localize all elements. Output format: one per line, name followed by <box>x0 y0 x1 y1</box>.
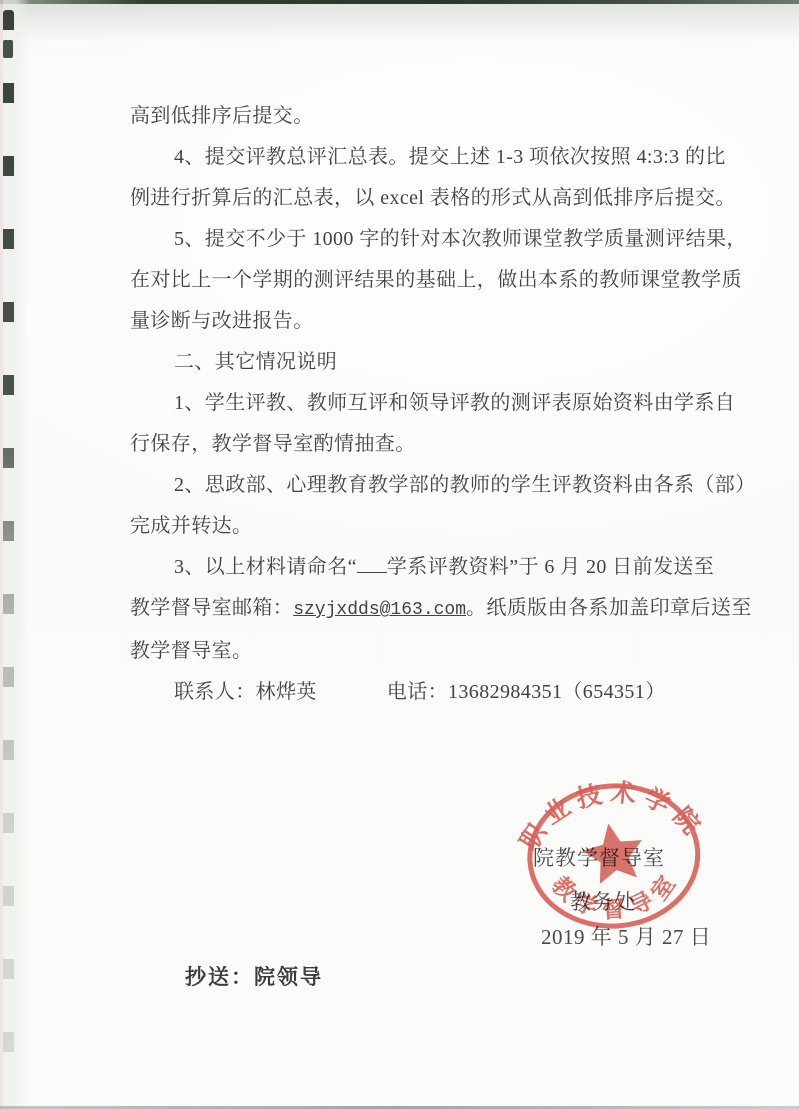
cc-line: 抄送：院领导 <box>185 961 323 991</box>
text-line: 在对比上一个学期的测评结果的基础上，做出本系的教师课堂教学质 <box>130 260 730 301</box>
text-line: 量诊断与改进报告。 <box>130 301 730 342</box>
text-segment: 3、以上材料请命名“ <box>174 556 357 578</box>
contact-person: 联系人：林烨英 <box>174 681 317 703</box>
scan-binding-marks <box>3 10 14 1103</box>
text-line: 例进行折算后的汇总表，以 excel 表格的形式从高到低排序后提交。 <box>130 178 730 219</box>
text-line: 2、思政部、心理教育教学部的教师的学生评教资料由各系（部） <box>130 465 730 506</box>
text-segment: 。纸质版由各系加盖印章后送至 <box>466 597 752 619</box>
text-line: 教学督导室邮箱：szyjxdds@163.com。纸质版由各系加盖印章后送至 <box>130 588 730 631</box>
section-heading: 二、其它情况说明 <box>130 342 730 383</box>
text-line: 行保存，教学督导室酌情抽查。 <box>130 424 730 465</box>
scan-binding-mark <box>3 40 13 58</box>
text-line: 5、提交不少于 1000 字的针对本次教师课堂教学质量测评结果， <box>130 219 730 260</box>
contact-line: 联系人：林烨英电话：13682984351（654351） <box>130 672 730 713</box>
text-line: 教学督导室。 <box>130 631 730 672</box>
text-line: 高到低排序后提交。 <box>130 96 730 137</box>
text-segment: 教学督导室邮箱： <box>130 597 293 619</box>
scanned-page: 高到低排序后提交。 4、提交评教总评汇总表。提交上述 1-3 项依次按照 4:3… <box>0 0 799 1109</box>
fill-in-blank <box>357 558 387 573</box>
seal-star-icon <box>578 818 648 886</box>
scan-shadow-top <box>0 4 799 42</box>
official-seal-graphic: 职业技术学院 教学督导室 <box>511 771 718 946</box>
text-line: 4、提交评教总评汇总表。提交上述 1-3 项依次按照 4:3:3 的比 <box>130 137 730 178</box>
contact-phone: 电话：13682984351（654351） <box>387 681 666 703</box>
text-segment: 学系评教资料”于 6 月 20 日前发送至 <box>387 556 714 578</box>
text-line: 完成并转达。 <box>130 506 730 547</box>
official-seal: 职业技术学院 教学督导室 <box>511 771 718 946</box>
document-body: 高到低排序后提交。 4、提交评教总评汇总表。提交上述 1-3 项依次按照 4:3… <box>130 96 730 713</box>
email-address: szyjxdds@163.com <box>293 600 466 620</box>
text-line: 3、以上材料请命名“学系评教资料”于 6 月 20 日前发送至 <box>130 547 730 588</box>
text-line: 1、学生评教、教师互评和领导评教的测评表原始资料由学系自 <box>130 383 730 424</box>
